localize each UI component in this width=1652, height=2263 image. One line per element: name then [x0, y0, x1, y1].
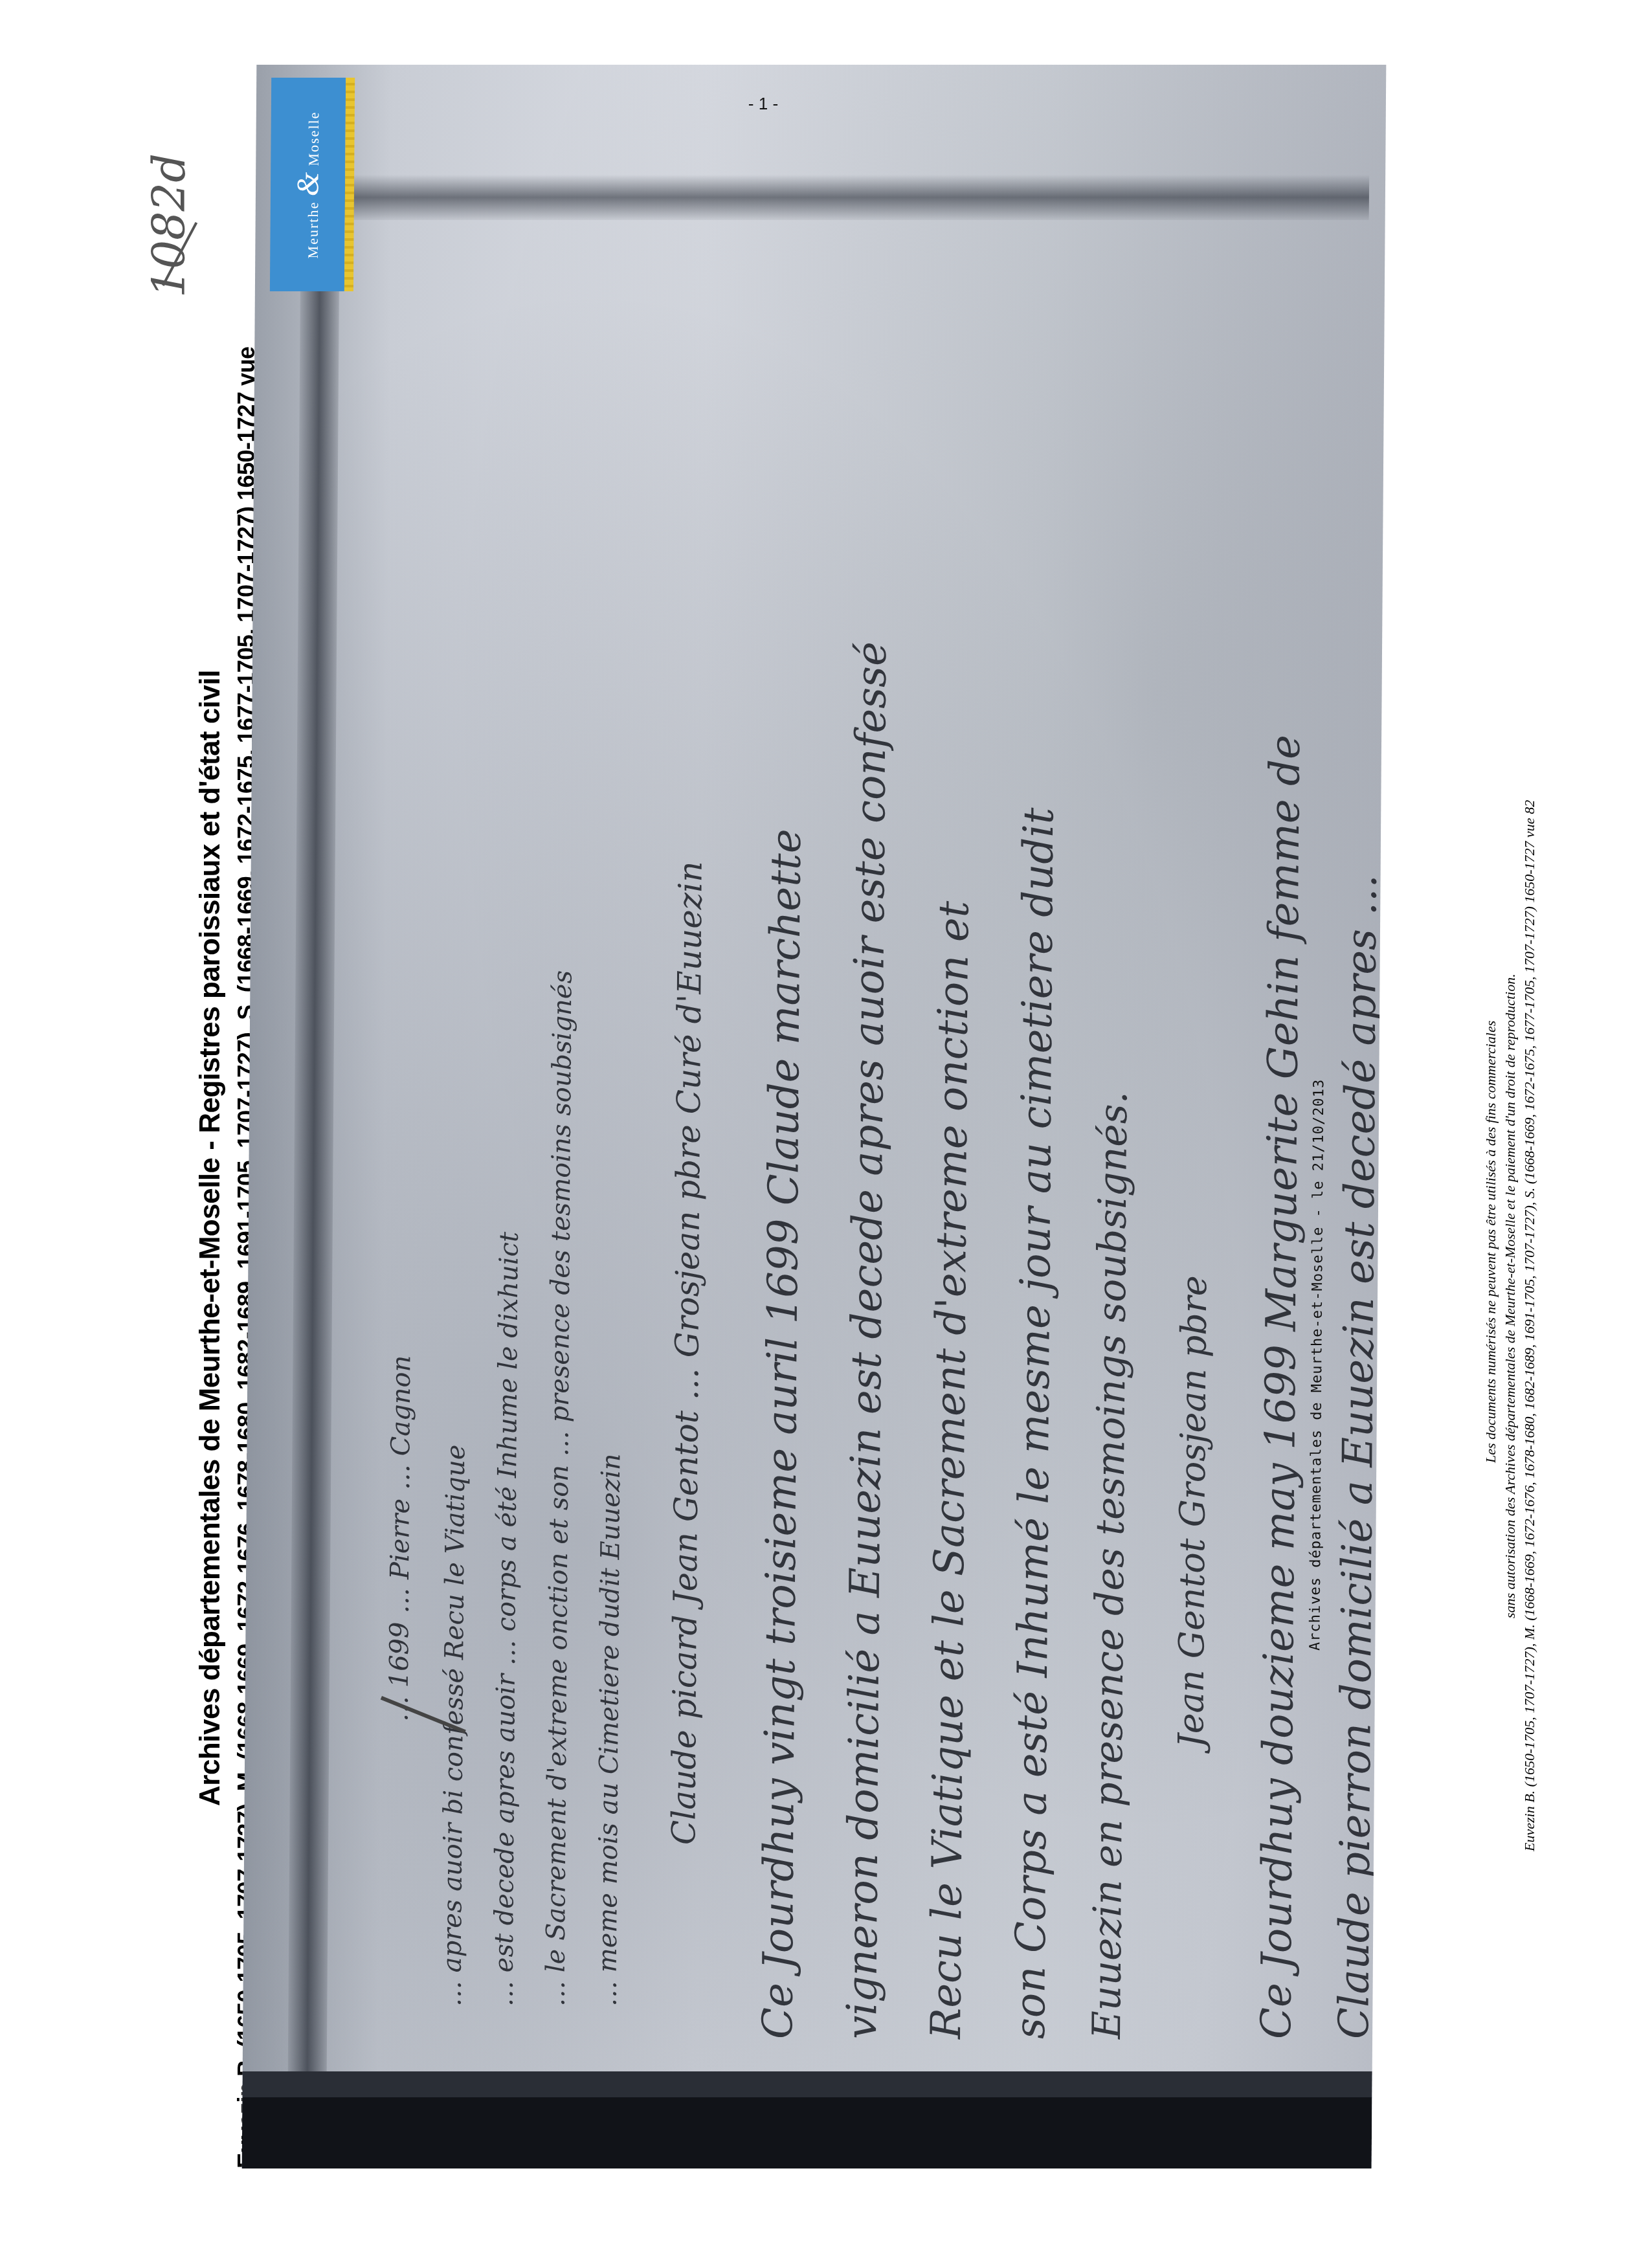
meurthe-et-moselle-logo: Meurthe & Moselle [270, 78, 346, 291]
handwritten-line: Ce Jourdhuy vingt troisieme auril 1699 C… [754, 829, 810, 2039]
archive-watermark: Archives départementales de Meurthe-et-M… [1307, 1079, 1327, 1651]
page-fold-left [287, 259, 340, 2168]
handwritten-line: son Corps a esté Inhumé le mesme jour au… [1007, 807, 1063, 2039]
page-number: - 1 - [748, 94, 778, 114]
logo-word-moselle: Moselle [305, 111, 322, 166]
handwritten-line: Ce Jourdhuy douzieme may 1699 Marguerite… [1253, 735, 1310, 2039]
logo-word-meurthe: Meurthe [304, 201, 321, 258]
logo-text: Meurthe & Moselle [289, 111, 326, 258]
page-fold-top [333, 175, 1369, 220]
register-binding [242, 2071, 1372, 2097]
handwritten-line: … 1699 … Pierre … Cagnon [384, 1355, 416, 1722]
usage-notice-line-1: Les documents numérisés ne peuvent pas ê… [1482, 1021, 1499, 1463]
archive-title: Archives départementales de Meurthe-et-M… [194, 670, 227, 1806]
logo-stripe [344, 78, 355, 291]
logo-ampersand: & [291, 171, 325, 196]
handwritten-line: vigneron domicilié a Euuezin est decede … [838, 641, 896, 2039]
handwritten-line: Claude pierron domicilié a Euuezin est d… [1330, 875, 1386, 2039]
handwritten-line: … meme mois au Cimetiere dudit Euuezin [592, 1453, 626, 2007]
handwritten-line: … est decede apres auoir … corps a été I… [489, 1232, 524, 2007]
handwritten-signatures: Claude picard Jean Gentot … Grosjean pbr… [665, 862, 709, 1845]
usage-notice-line-2: sans autorisation des Archives départeme… [1502, 974, 1519, 1618]
footer-reference: Euvezin B. (1650-1705, 1707-1727), M. (1… [1521, 800, 1538, 1851]
handwritten-line: Recu le Viatique et le Sacrement d'extre… [922, 901, 978, 2039]
register-scan-image: Meurthe & Moselle - 1 - … 1699 … Pierre … [242, 65, 1387, 2168]
register-binding-shadow [242, 2097, 1372, 2168]
handwritten-line: Euuezin en presence des tesmoings soubsi… [1084, 1091, 1136, 2039]
handwritten-line: … le Sacrement d'extreme onction et son … [541, 970, 577, 2007]
handwritten-signatures: Jean Gentot Grosjean pbre [1170, 1275, 1214, 1748]
